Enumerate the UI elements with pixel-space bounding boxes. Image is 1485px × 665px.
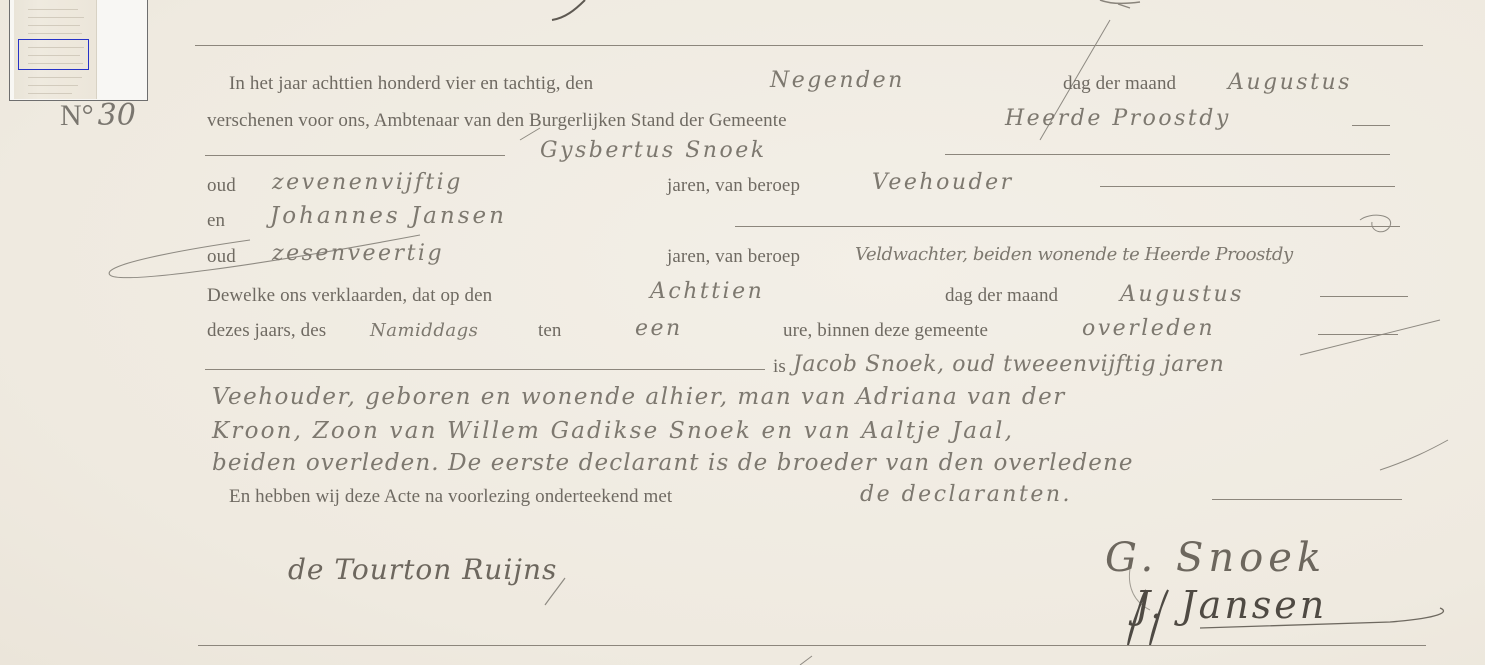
printed-text: oud bbox=[207, 246, 236, 268]
printed-text: dag der maand bbox=[945, 285, 1058, 307]
handwritten-declarant-2: Johannes Jansen bbox=[270, 203, 507, 229]
page-navigator[interactable] bbox=[9, 0, 148, 101]
printed-text: In het jaar achttien honderd vier en tac… bbox=[229, 73, 593, 95]
handwritten-text: Veehouder, geboren en wonende alhier, ma… bbox=[212, 384, 1066, 410]
handwritten-age-1: zevenenvijftig bbox=[272, 170, 463, 195]
record-number-prefix: N° bbox=[60, 99, 94, 132]
fill-line bbox=[205, 155, 505, 156]
handwritten-occupation-2: Veldwachter, beiden wonende te Heerde Pr… bbox=[855, 244, 1293, 265]
signature-official: de Tourton Ruijns bbox=[288, 553, 557, 586]
signature-declarant-1: G. Snoek bbox=[1105, 535, 1326, 581]
printed-text: ten bbox=[538, 320, 562, 342]
handwritten-deceased: Jacob Snoek, oud tweeenvijftig jaren bbox=[793, 352, 1224, 377]
handwritten-text: beiden overleden. De eerste declarant is… bbox=[212, 450, 1134, 476]
handwritten-day-of-death: Achttien bbox=[650, 279, 764, 304]
fill-line bbox=[1318, 334, 1398, 335]
handwritten-occupation-1: Veehouder bbox=[872, 170, 1014, 195]
handwritten-text: de declaranten. bbox=[860, 482, 1072, 507]
handwritten-hour: een bbox=[635, 316, 683, 341]
signature-declarant-2: J. Jansen bbox=[1135, 583, 1327, 627]
fill-line bbox=[1212, 499, 1402, 500]
printed-text: Dewelke ons verklaarden, dat op den bbox=[207, 285, 492, 307]
handwritten-day: Negenden bbox=[770, 68, 905, 93]
handwritten-event: overleden bbox=[1082, 316, 1215, 341]
printed-text: En hebben wij deze Acte na voorlezing on… bbox=[229, 486, 672, 508]
handwritten-month: Augustus bbox=[1228, 70, 1352, 95]
fill-line bbox=[1100, 186, 1395, 187]
printed-text: jaren, van beroep bbox=[667, 175, 800, 197]
printed-text: dag der maand bbox=[1063, 73, 1176, 95]
handwritten-daypart: Namiddags bbox=[370, 320, 478, 341]
divider-top bbox=[195, 45, 1423, 46]
record-number-value: 30 bbox=[98, 98, 136, 133]
handwritten-declarant-1: Gysbertus Snoek bbox=[540, 138, 767, 163]
fill-line bbox=[205, 369, 765, 370]
printed-text: en bbox=[207, 210, 225, 232]
fill-line bbox=[1320, 296, 1408, 297]
printed-text: jaren, van beroep bbox=[667, 246, 800, 268]
navigator-viewport-rect[interactable] bbox=[18, 39, 89, 70]
printed-text: verschenen voor ons, Ambtenaar van den B… bbox=[207, 110, 787, 132]
fill-line bbox=[945, 154, 1390, 155]
printed-text: is bbox=[773, 356, 786, 378]
document-page: N°30 In het jaar achttien honderd vier e… bbox=[0, 0, 1485, 665]
fill-line bbox=[735, 226, 1400, 227]
divider-bottom bbox=[198, 645, 1426, 646]
printed-text: ure, binnen deze gemeente bbox=[783, 320, 988, 342]
handwritten-text: Kroon, Zoon van Willem Gadikse Snoek en … bbox=[212, 418, 1014, 444]
record-number: N°30 bbox=[60, 98, 136, 133]
handwritten-age-2: zesenveertig bbox=[272, 241, 444, 266]
printed-text: dezes jaars, des bbox=[207, 320, 326, 342]
printed-text: oud bbox=[207, 175, 236, 197]
handwritten-municipality: Heerde Proostdy bbox=[1005, 106, 1231, 131]
fill-line bbox=[1352, 125, 1390, 126]
handwritten-month-of-death: Augustus bbox=[1120, 282, 1244, 307]
